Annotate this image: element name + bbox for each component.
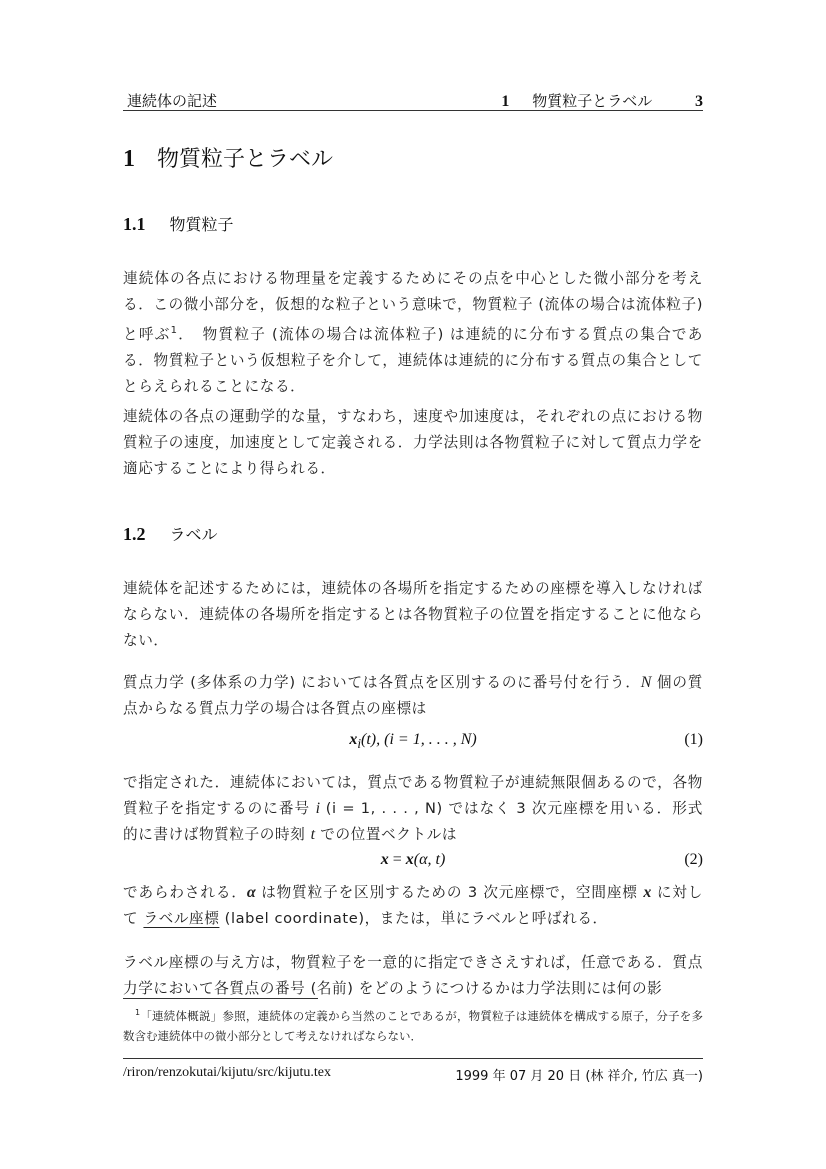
paragraph-text: 質点力学 (多体系の力学) においては各質点を区別するのに番号付を行う． xyxy=(123,674,641,691)
page-number: 3 xyxy=(695,93,703,110)
math-rest: (t), (i = 1, . . . , N) xyxy=(361,731,477,748)
running-head-left: 連続体の記述 xyxy=(127,90,217,111)
paragraph: 連続体を記述するためには，連続体の各場所を指定するための座標を導入しなければなら… xyxy=(123,576,703,654)
paragraph-text: は物質粒子を区別するための 3 次元座標で，空間座標 xyxy=(256,884,644,901)
paragraph: で指定された．連続体においては，質点である物質粒子が連続無限個あるので，各物質粒… xyxy=(123,770,703,848)
running-head-section-number: 1 xyxy=(501,93,509,110)
math-equals: = xyxy=(389,851,406,868)
subsection-title: ラベル xyxy=(170,525,218,544)
paragraph: 質点力学 (多体系の力学) においては各質点を区別するのに番号付を行う．N 個の… xyxy=(123,670,703,722)
paragraph-text: ． 物質粒子 (流体の場合は流体粒子) は連続的に分布する質点の集合である．物質… xyxy=(123,326,703,395)
footnote: 1「連続体概説」参照，連続体の定義から当然のことであるが，物質粒子は連続体を構成… xyxy=(123,1003,703,1046)
defined-term: ラベル座標 xyxy=(143,910,219,927)
equation-body: xi(t), (i = 1, . . . , N) xyxy=(123,731,703,752)
math-args: (α, t) xyxy=(414,851,446,868)
paragraph-text: での位置ベクトルは xyxy=(315,826,457,843)
footnote-rule xyxy=(123,998,318,999)
running-head-right: 1 物質粒子とラベル 3 xyxy=(501,90,703,111)
footer-date: 1999 年 07 月 20 日 (林 祥介, 竹広 真一) xyxy=(455,1065,703,1084)
equation-body: x = x(α, t) xyxy=(123,851,703,869)
page-footer: /riron/renzokutai/kijutu/src/kijutu.tex … xyxy=(123,1058,703,1065)
equation-number: (2) xyxy=(684,851,703,869)
section-title: 物質粒子とラベル xyxy=(157,147,333,172)
math-x: x xyxy=(406,851,414,868)
running-head-section-title: 物質粒子とラベル xyxy=(532,92,652,110)
running-head: 連続体の記述 1 物質粒子とラベル 3 xyxy=(123,88,703,111)
paragraph: ラベル座標の与え方は，物質粒子を一意的に指定できさえすれば，任意である．質点力学… xyxy=(123,950,703,1002)
paragraph: 連続体の各点における物理量を定義するためにその点を中心とした微小部分を考える．こ… xyxy=(123,266,703,400)
paragraph-text: であらわされる． xyxy=(123,884,247,901)
math-alpha: α xyxy=(247,884,256,901)
section-heading: 1物質粒子とラベル xyxy=(123,142,333,173)
footnote-text: 「連続体概説」参照，連続体の定義から当然のことであるが，物質粒子は連続体を構成す… xyxy=(123,1009,703,1043)
footer-path: /riron/renzokutai/kijutu/src/kijutu.tex xyxy=(123,1065,331,1081)
equation-1: xi(t), (i = 1, . . . , N) (1) xyxy=(123,731,703,755)
equation-2: x = x(α, t) (2) xyxy=(123,851,703,875)
footnote-mark[interactable]: 1 xyxy=(171,325,178,336)
math-x: x xyxy=(381,851,389,868)
subsection-title: 物質粒子 xyxy=(170,215,234,234)
subsection-heading-1-2: 1.2ラベル xyxy=(123,522,218,545)
paragraph: であらわされる．α は物質粒子を区別するための 3 次元座標で，空間座標 x に… xyxy=(123,880,703,932)
subsection-number: 1.1 xyxy=(123,214,146,234)
subsection-number: 1.2 xyxy=(123,524,146,544)
paragraph: 連続体の各点の運動学的な量，すなわち，速度や加速度は，それぞれの点における物質粒… xyxy=(123,404,703,482)
math-N: N xyxy=(641,674,652,691)
equation-number: (1) xyxy=(684,731,703,749)
section-number: 1 xyxy=(123,146,135,172)
subsection-heading-1-1: 1.1物質粒子 xyxy=(123,212,234,235)
paragraph-text: (label coordinate)，または，単にラベルと呼ばれる． xyxy=(219,910,607,927)
